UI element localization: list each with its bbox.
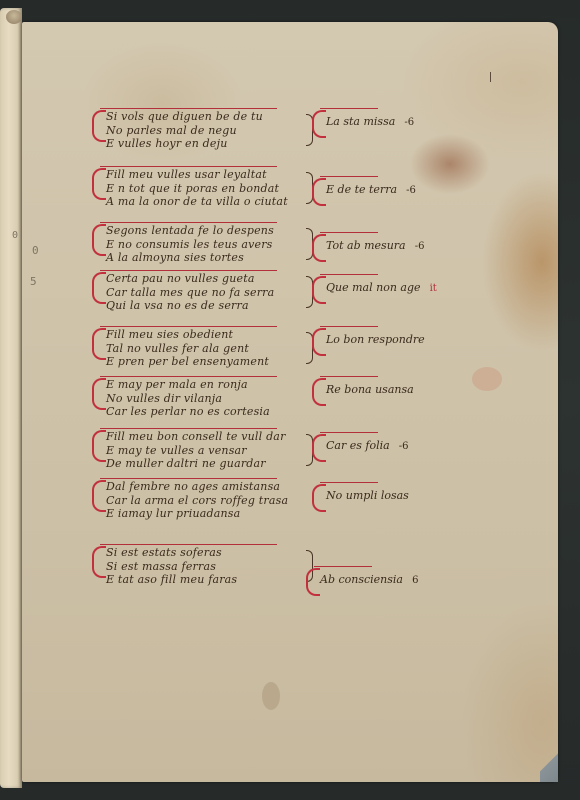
rubric: Tot ab mesura -6 — [312, 234, 462, 262]
verse-line: De muller daltri ne guardar — [106, 457, 307, 471]
verse-line: Tal no vulles fer ala gent — [106, 342, 307, 356]
verse-line: Car talla mes que no fa serra — [106, 286, 307, 300]
stanza: Fill meu vulles usar leyaltat E n tot qu… — [92, 168, 307, 218]
verse-line: Segons lentada fe lo despens — [106, 224, 307, 238]
rubric: Que mal non age it — [312, 276, 462, 304]
verse-line: E no consumis les teus avers — [106, 238, 307, 252]
rubric-text: Ab consciensia — [320, 573, 403, 586]
stain — [472, 367, 502, 391]
stanza: Certa pau no vulles gueta Car talla mes … — [92, 272, 307, 320]
red-initial — [92, 328, 106, 360]
rubric-text: Car es folia — [326, 439, 390, 452]
verse-line: E tat aso fill meu faras — [106, 573, 307, 587]
red-initial — [92, 430, 106, 462]
verse-line: E may per mala en ronja — [106, 378, 307, 392]
red-initial — [306, 568, 320, 596]
rubric-text: La sta missa — [326, 115, 395, 128]
verse-line: No parles mal de negu — [106, 124, 307, 138]
stanza: Fill meu sies obedient Tal no vulles fer… — [92, 328, 307, 372]
red-initial — [312, 434, 326, 462]
red-initial — [92, 546, 106, 578]
verse-line: Fill meu vulles usar leyaltat — [106, 168, 307, 182]
verse-line: Car les perlar no es cortesia — [106, 405, 307, 419]
stanza: Si est estats soferas Si est massa ferra… — [92, 546, 307, 592]
red-initial — [312, 276, 326, 304]
verse-line: Si est massa ferras — [106, 560, 307, 574]
rubric: No umpli losas — [312, 484, 462, 512]
verse-line: A la almoyna sies tortes — [106, 251, 307, 265]
verse-line: E may te vulles a vensar — [106, 444, 307, 458]
rubric-text: Re bona usansa — [326, 383, 414, 396]
binding-edge: 0 — [0, 8, 22, 788]
stanza: Fill meu bon consell te vull dar E may t… — [92, 430, 307, 474]
rubric: E de te terra -6 — [312, 178, 462, 206]
red-initial — [312, 484, 326, 512]
red-initial — [312, 234, 326, 262]
verse-line: Qui la vsa no es de serra — [106, 299, 307, 313]
rubric-mark: 6 — [412, 575, 418, 586]
rubric: Ab consciensia 6 — [306, 568, 462, 596]
rubric: Car es folia -6 — [312, 434, 462, 462]
rubric-mark: it — [430, 283, 437, 294]
red-initial — [312, 178, 326, 206]
pen-mark — [490, 72, 491, 82]
verse-line: Car la arma el cors roffeg trasa — [106, 494, 307, 508]
verse-line: A ma la onor de ta villa o ciutat — [106, 195, 307, 209]
margin-mark: 5 — [30, 275, 37, 288]
rubric-text: No umpli losas — [326, 489, 409, 502]
verse-line: No vulles dir vilanja — [106, 392, 307, 406]
red-initial — [92, 224, 106, 256]
verse-line: Dal fembre no ages amistansa — [106, 480, 307, 494]
verse-line: Si vols que diguen be de tu — [106, 110, 307, 124]
stain — [262, 682, 280, 710]
rubric: Re bona usansa — [312, 378, 462, 406]
verse-line: Certa pau no vulles gueta — [106, 272, 307, 286]
red-initial — [92, 110, 106, 142]
red-initial — [312, 328, 326, 356]
red-initial — [92, 378, 106, 410]
red-initial — [92, 480, 106, 512]
red-initial — [92, 168, 106, 200]
rubric-mark: -6 — [406, 185, 416, 196]
verse-column: Si vols que diguen be de tu No parles ma… — [92, 110, 307, 596]
rubric-text: Que mal non age — [326, 281, 421, 294]
verse-line: Fill meu bon consell te vull dar — [106, 430, 307, 444]
stanza: Segons lentada fe lo despens E no consum… — [92, 224, 307, 266]
rubric: Lo bon respondre — [312, 328, 462, 356]
rubric: La sta missa -6 — [312, 110, 462, 138]
verse-line: E n tot que it poras en bondat — [106, 182, 307, 196]
red-initial — [312, 110, 326, 138]
stanza: E may per mala en ronja No vulles dir vi… — [92, 378, 307, 424]
red-initial — [92, 272, 106, 304]
rubric-text: Lo bon respondre — [326, 333, 425, 346]
verse-line: Fill meu sies obedient — [106, 328, 307, 342]
rubric-text: E de te terra — [326, 183, 397, 196]
torn-corner — [540, 752, 558, 782]
verse-line: E pren per bel ensenyament — [106, 355, 307, 369]
stanza: Dal fembre no ages amistansa Car la arma… — [92, 480, 307, 526]
verse-line: Si est estats soferas — [106, 546, 307, 560]
margin-mark: 0 — [32, 244, 39, 257]
red-initial — [312, 378, 326, 406]
stanza: Si vols que diguen be de tu No parles ma… — [92, 110, 307, 156]
rubric-mark: -6 — [399, 441, 409, 452]
verse-line: E iamay lur priuadansa — [106, 507, 307, 521]
rubric-mark: -6 — [415, 241, 425, 252]
binding-mark: 0 — [12, 230, 18, 241]
rubric-text: Tot ab mesura — [326, 239, 406, 252]
rubric-column: La sta missa -6 E de te terra -6 Tot ab … — [312, 110, 462, 620]
binding-clasp — [6, 10, 22, 24]
verse-line: E vulles hoyr en deju — [106, 137, 307, 151]
rubric-mark: -6 — [404, 117, 414, 128]
